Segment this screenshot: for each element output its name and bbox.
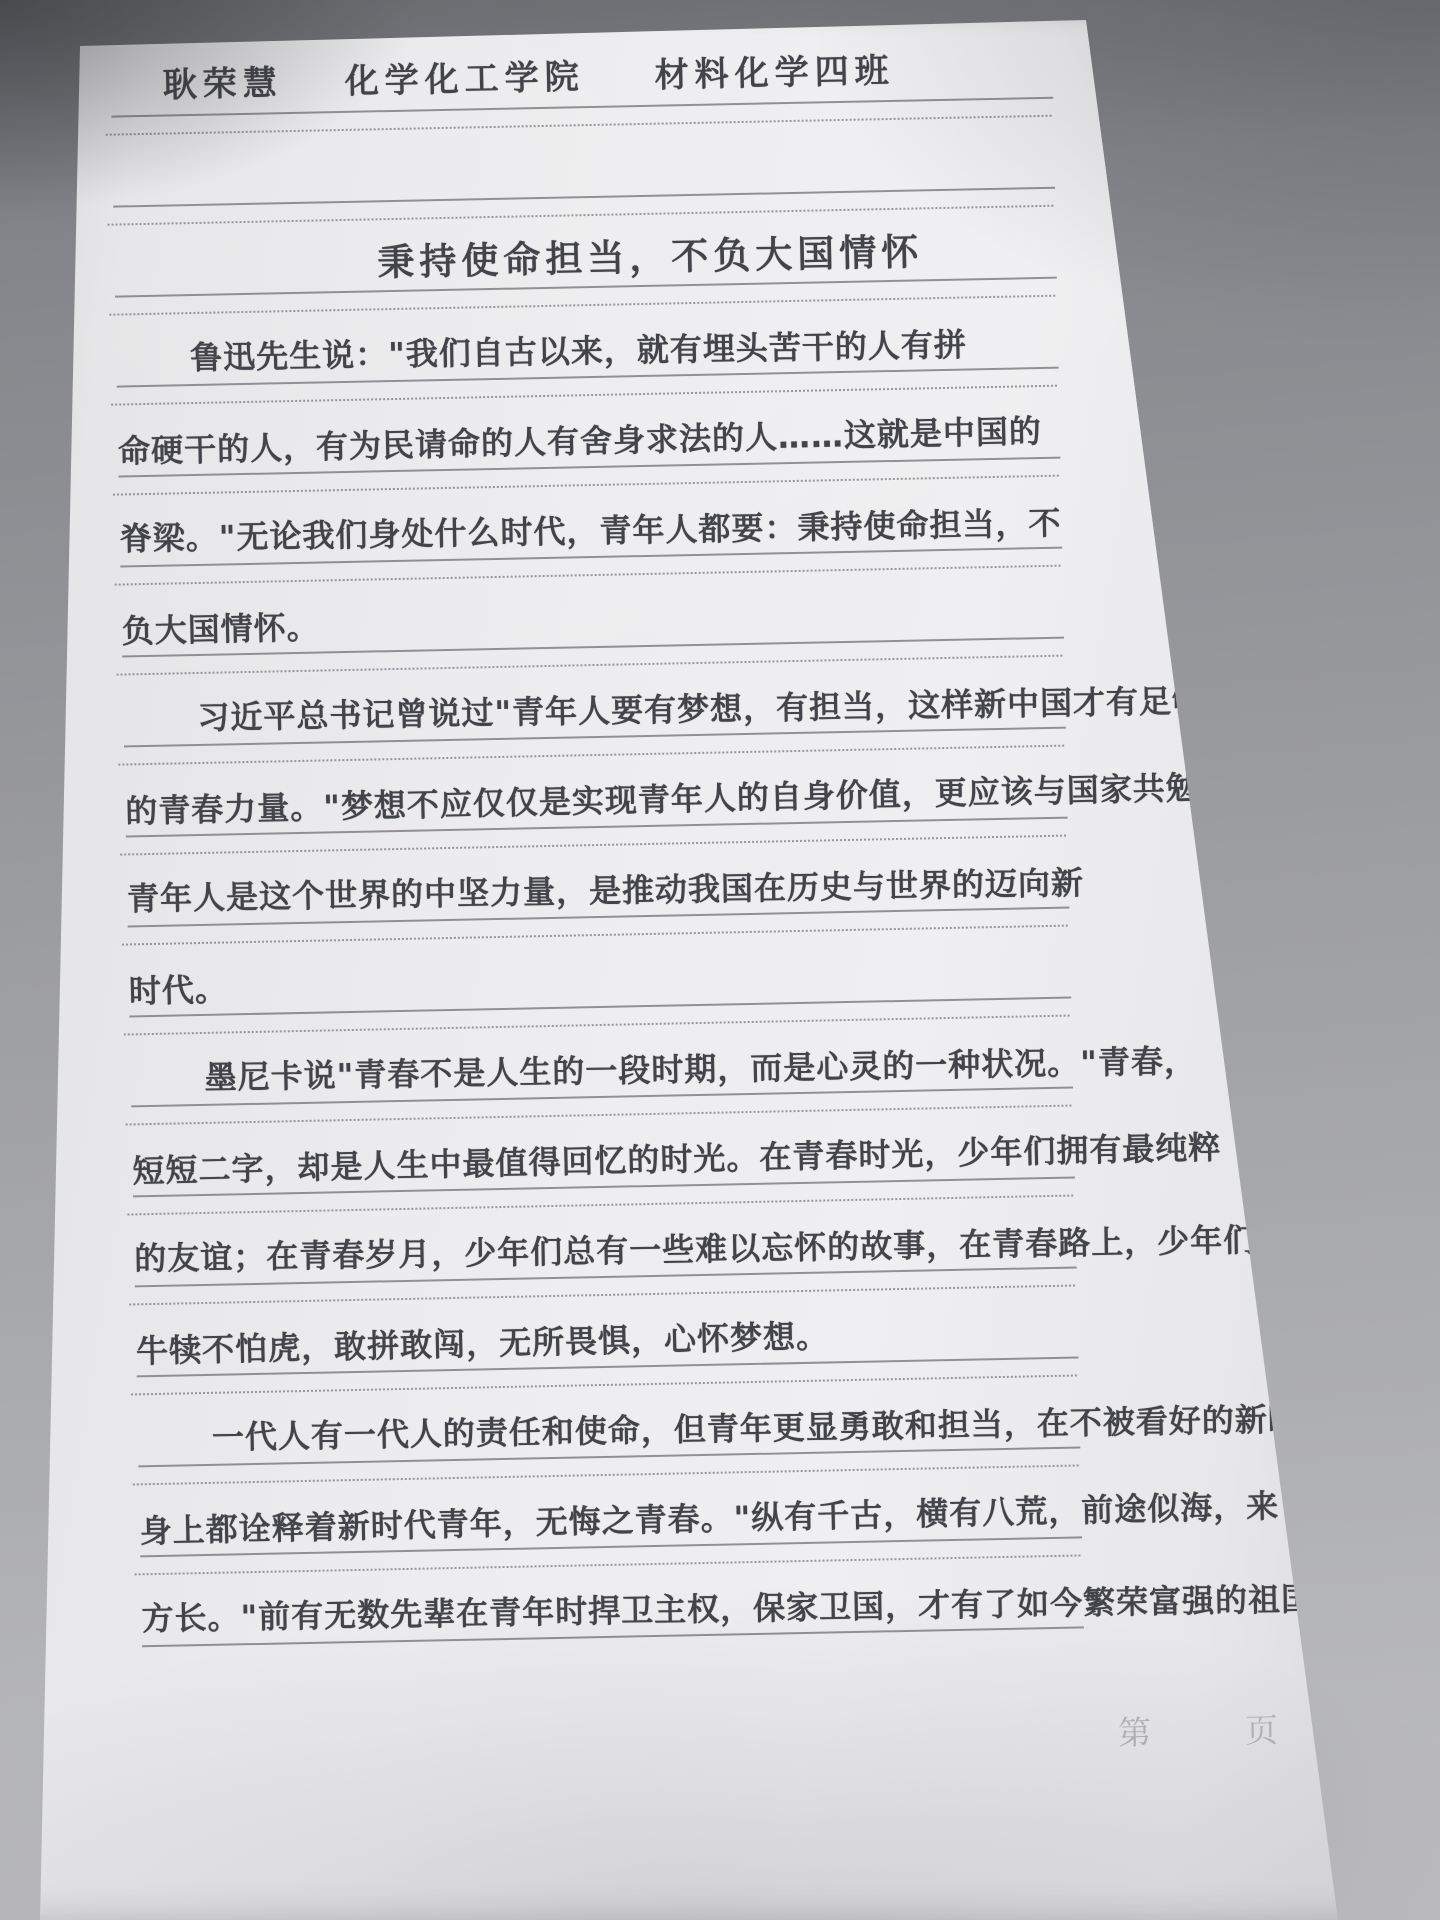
page-label-suffix: 页 [1245, 1705, 1281, 1753]
paper-sheet: 耿荣慧 化学化工学院 材料化学四班 秉持使命担当，不负大国情怀鲁迅先生说："我们… [0, 0, 1440, 1920]
essay-line: 方长。"前有无数先辈在青年时捍卫主权，保家卫国，才有了如今繁荣富强的祖国。 [140, 1538, 1084, 1647]
class-name: 材料化学四班 [654, 43, 895, 97]
ruled-lines: 秉持使命担当，不负大国情怀鲁迅先生说："我们自古以来，就有埋头苦干的人有拼命硬干… [111, 99, 1084, 1648]
photo-background: 耿荣慧 化学化工学院 材料化学四班 秉持使命担当，不负大国情怀鲁迅先生说："我们… [0, 0, 1440, 1920]
page-footer: 第 页 [1118, 1705, 1281, 1755]
page-label-prefix: 第 [1118, 1707, 1154, 1755]
student-name: 耿荣慧 [162, 55, 283, 106]
college-name: 化学化工学院 [344, 49, 585, 103]
ruled-content: 耿荣慧 化学化工学院 材料化学四班 秉持使命担当，不负大国情怀鲁迅先生说："我们… [110, 11, 1084, 1648]
essay-line-text: 方长。"前有无数先辈在青年时捍卫主权，保家卫国，才有了如今繁荣富强的祖国。 [141, 1578, 1084, 1640]
